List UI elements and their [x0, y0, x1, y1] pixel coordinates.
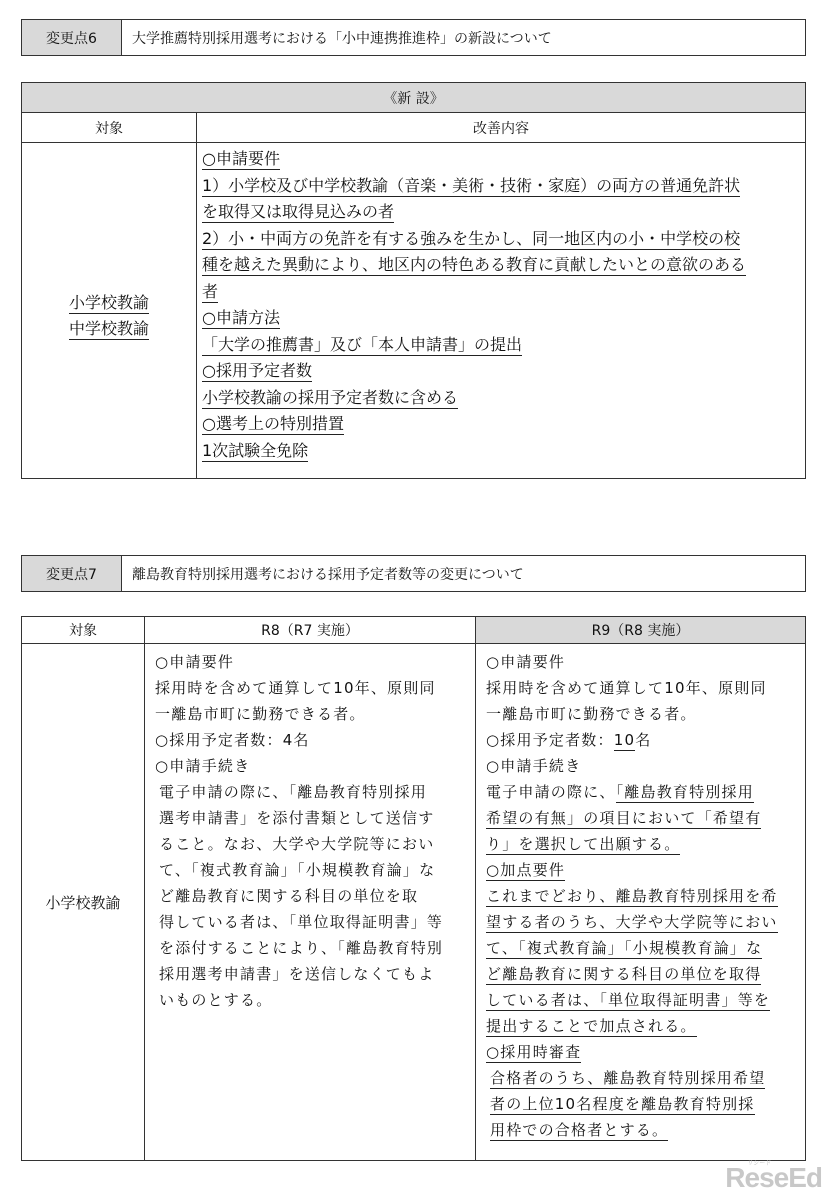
- r9-count-line: ○採用予定者数：10名: [486, 727, 799, 753]
- r9-proc-line: 希望の有無」の項目において「希望有: [486, 809, 761, 829]
- column-header-content: 改善内容: [197, 113, 806, 143]
- r9-line: 一離島市町に勤務できる者。: [486, 701, 799, 727]
- r8-line: を添付することにより、「離島教育特別: [155, 935, 469, 961]
- r9-count-value: 10: [614, 731, 636, 751]
- r9-bonus-line: 提出することで加点される。: [486, 1017, 697, 1037]
- column-header-r8: R8（R7 実施）: [145, 617, 476, 644]
- r9-bonus-line: これまでどおり、離島教育特別採用を希: [486, 887, 778, 907]
- r9-proc-line: 電子申請の際に、「離島教育特別採用: [486, 779, 799, 805]
- target-junior-high: 中学校教諭: [69, 319, 149, 340]
- r9-review-line: 合格者のうち、離島教育特別採用希望: [490, 1069, 765, 1089]
- r9-bonus-heading: ○加点要件: [486, 861, 565, 881]
- r9-content: ○申請要件 採用時を含めて通算して10年、原則同 一離島市町に勤務できる者。 ○…: [476, 644, 806, 1161]
- column-header-target: 対象: [22, 113, 197, 143]
- target-cell: 小学校教諭 中学校教諭: [22, 143, 197, 479]
- r9-bonus-line: 望する者のうち、大学や大学院等におい: [486, 913, 778, 933]
- column-header-r9: R9（R8 実施）: [476, 617, 806, 644]
- reseed-logo: リシード ReseEd: [725, 1162, 822, 1194]
- content-line: ○申請方法: [202, 308, 280, 329]
- r8-line: ること。なお、大学や大学院等におい: [155, 831, 469, 857]
- r9-proc-heading: ○申請手続き: [486, 753, 799, 779]
- column-header-target: 対象: [22, 617, 145, 644]
- r8-line: 選考申請書」を添付書類として送信す: [155, 805, 469, 831]
- r9-line: 採用時を含めて通算して10年、原則同: [486, 675, 799, 701]
- r8-line: ○申請要件: [155, 649, 469, 675]
- content-line: ○選考上の特別措置: [202, 414, 344, 435]
- r9-review-line: 用枠での合格者とする。: [490, 1121, 668, 1141]
- logo-ruby: リシード: [747, 1158, 771, 1167]
- content-line: 2）小・中両方の免許を有する強みを生かし、同一地区内の小・中学校の校: [202, 229, 740, 250]
- content-line: ○申請要件: [202, 149, 280, 170]
- section7-header: 変更点7 離島教育特別採用選考における採用予定者数等の変更について: [21, 555, 806, 592]
- r9-count-prefix: ○採用予定者数：: [486, 731, 614, 749]
- section6-title: 大学推薦特別採用選考における「小中連携推進枠」の新設について: [122, 20, 805, 55]
- r8-line: 採用選考申請書」を送信しなくてもよ: [155, 961, 469, 987]
- content-line: 「大学の推薦書」及び「本人申請書」の提出: [202, 335, 522, 356]
- r9-review-heading: ○採用時審査: [486, 1043, 581, 1063]
- r9-bonus-line: ど離島教育に関する科目の単位を取得: [486, 965, 761, 985]
- content-line: 1次試験全免除: [202, 441, 308, 462]
- r9-review-line: 者の上位10名程度を離島教育特別採: [490, 1095, 755, 1115]
- r8-line: ど離島教育に関する科目の単位を取: [155, 883, 469, 909]
- r8-line: いものとする。: [155, 987, 469, 1013]
- content-line: 種を越えた異動により、地区内の特色ある教育に貢献したいとの意欲のある: [202, 255, 746, 276]
- r9-bonus-line: している者は、「単位取得証明書」等を: [486, 991, 770, 1011]
- target-elementary: 小学校教諭: [69, 293, 149, 314]
- r9-count-suffix: 名: [635, 731, 651, 749]
- r9-req-heading: ○申請要件: [486, 649, 799, 675]
- r8-line: て、「複式教育論」「小規模教育論」な: [155, 857, 469, 883]
- section6-header: 変更点6 大学推薦特別採用選考における「小中連携推進枠」の新設について: [21, 19, 806, 56]
- section7-label: 変更点7: [22, 556, 122, 591]
- improvement-content: ○申請要件 1）小学校及び中学校教諭（音楽・美術・技術・家庭）の両方の普通免許状…: [197, 143, 806, 479]
- table-title: 《新 設》: [22, 83, 806, 113]
- r9-bonus-line: て、「複式教育論」「小規模教育論」な: [486, 939, 762, 959]
- r9-proc-underlined: 「離島教育特別採用: [616, 783, 754, 803]
- logo-text: ReseEd: [725, 1162, 822, 1193]
- content-line: を取得又は取得見込みの者: [202, 202, 394, 223]
- section6-table: 《新 設》 対象 改善内容 小学校教諭 中学校教諭 ○申請要件 1）小学校及び中…: [21, 82, 806, 479]
- r8-content: ○申請要件 採用時を含めて通算して10年、原則同 一離島市町に勤務できる者。 ○…: [145, 644, 476, 1161]
- r8-line: 採用時を含めて通算して10年、原則同: [155, 675, 469, 701]
- content-line: ○採用予定者数: [202, 361, 312, 382]
- target-cell: 小学校教諭: [22, 644, 145, 1161]
- r8-line: 得している者は、「単位取得証明書」等: [155, 909, 469, 935]
- section6-label: 変更点6: [22, 20, 122, 55]
- r8-line: ○採用予定者数：4名: [155, 727, 469, 753]
- section7-title: 離島教育特別採用選考における採用予定者数等の変更について: [122, 556, 805, 591]
- content-line: 小学校教諭の採用予定者数に含める: [202, 388, 458, 409]
- r9-proc-plain: 電子申請の際に、: [486, 783, 616, 801]
- r8-line: 電子申請の際に、「離島教育特別採用: [155, 779, 469, 805]
- r8-line: 一離島市町に勤務できる者。: [155, 701, 469, 727]
- r9-proc-line: り」を選択して出願する。: [486, 835, 680, 855]
- section7-table: 対象 R8（R7 実施） R9（R8 実施） 小学校教諭 ○申請要件 採用時を含…: [21, 616, 806, 1161]
- r8-line: ○申請手続き: [155, 753, 469, 779]
- content-line: 1）小学校及び中学校教諭（音楽・美術・技術・家庭）の両方の普通免許状: [202, 176, 740, 197]
- content-line: 者: [202, 282, 218, 303]
